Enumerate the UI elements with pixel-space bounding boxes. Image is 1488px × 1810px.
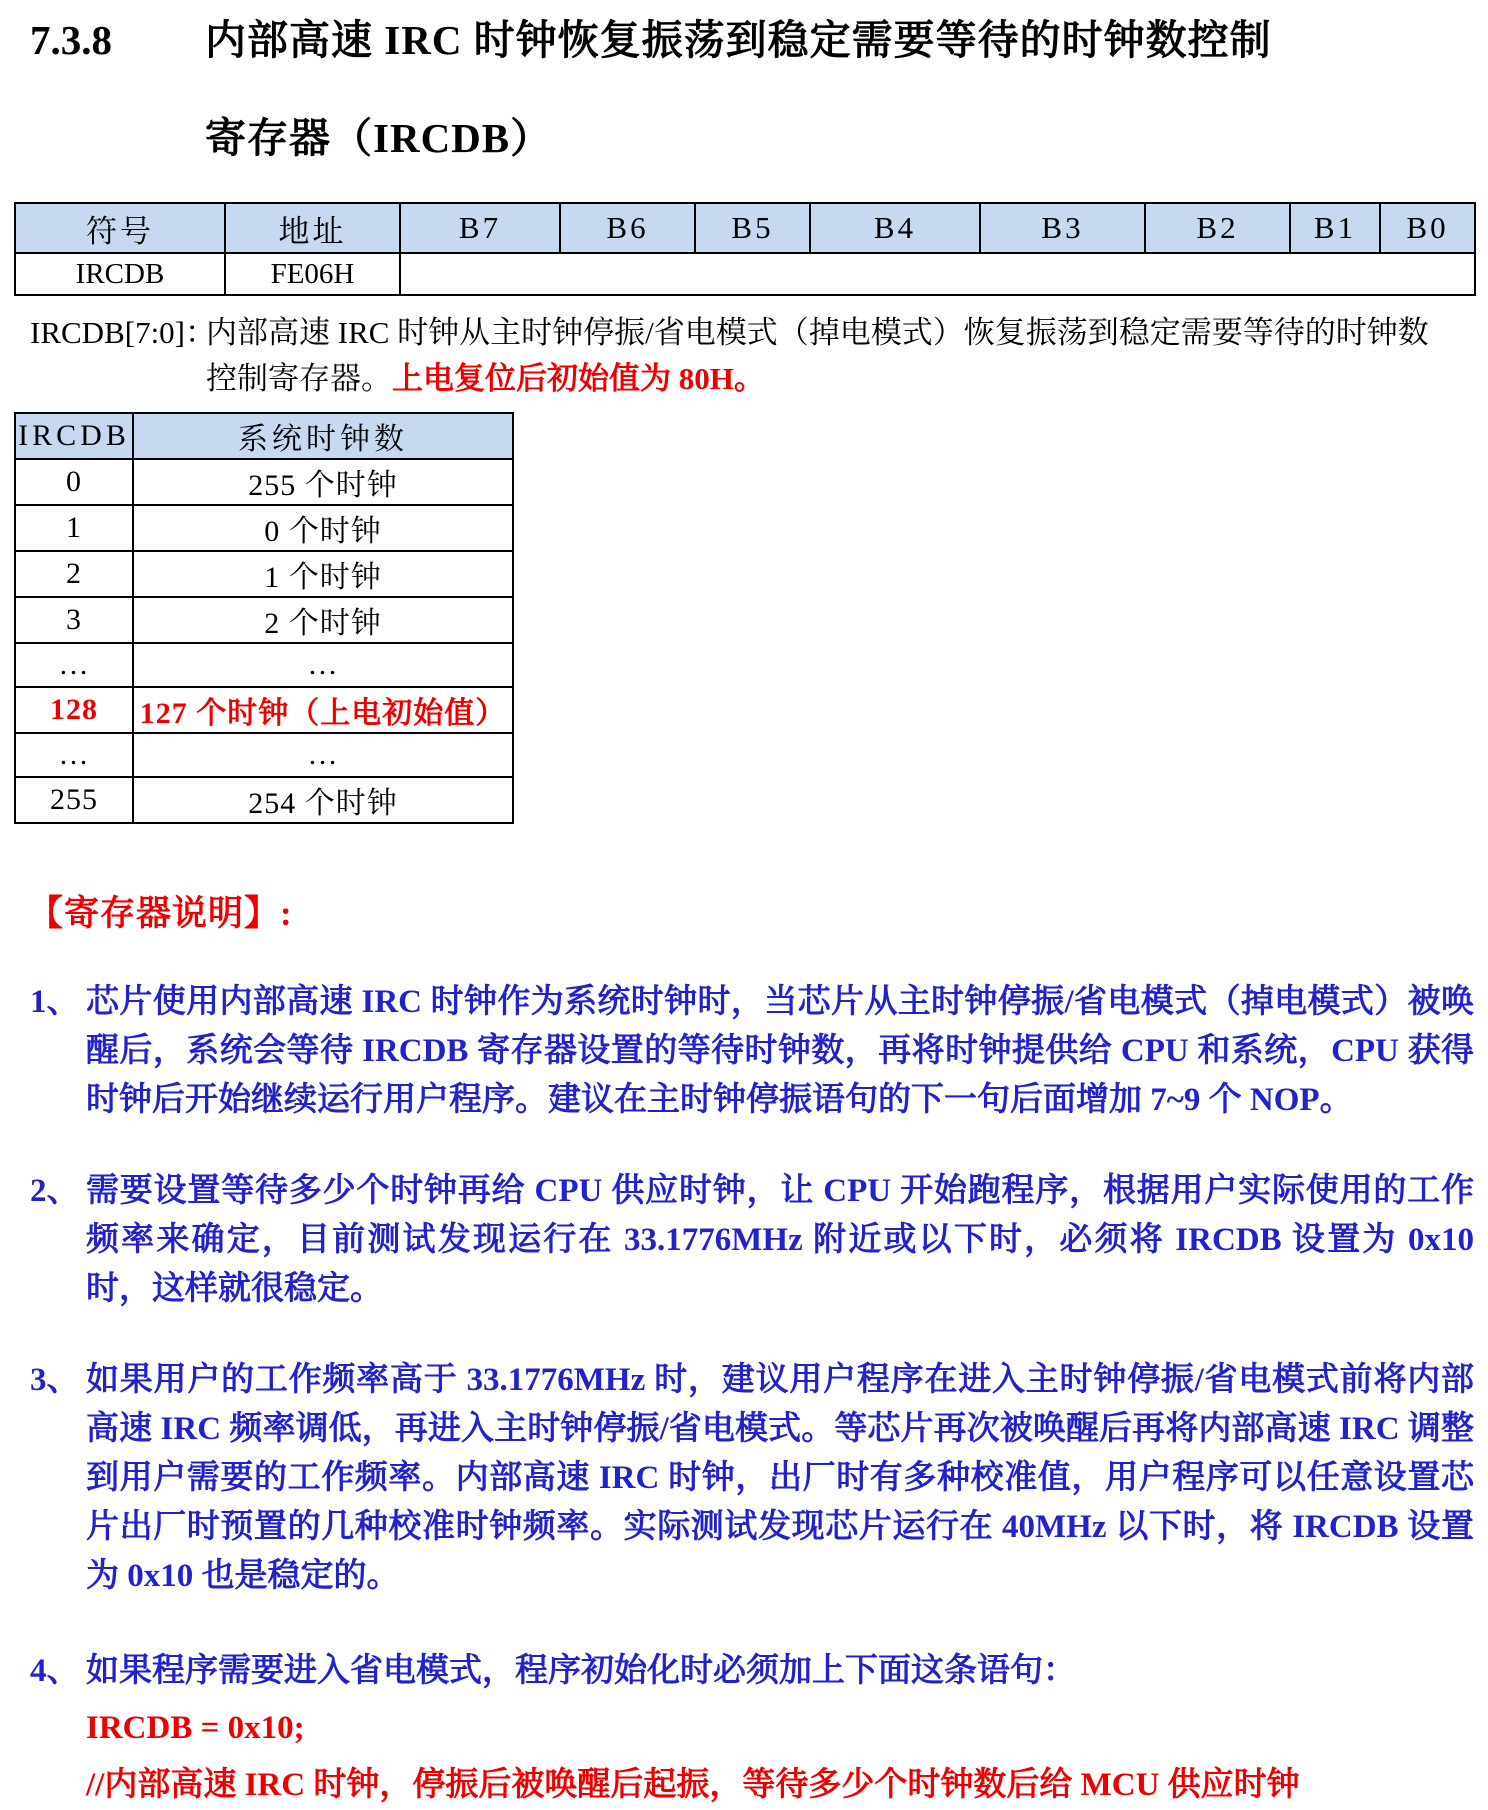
ircdb-value-cell: 1 (15, 505, 133, 551)
ircdb-value-cell: 3 (15, 597, 133, 643)
col-header-b3: B3 (980, 203, 1145, 253)
table-row-power-on-default: 128 127 个时钟（上电初始值） (15, 687, 513, 733)
col-header-b6: B6 (560, 203, 695, 253)
register-description: IRCDB[7:0]：内部高速 IRC 时钟从主时钟停振/省电模式（掉电模式）恢… (30, 310, 1458, 402)
note-number: 1、 (30, 978, 80, 1027)
table-row: … … (15, 643, 513, 687)
register-description-reset-value: 上电复位后初始值为 80H。 (392, 361, 765, 396)
clock-count-cell: … (133, 733, 513, 777)
note-item-1: 1、芯片使用内部高速 IRC 时钟作为系统时钟时，当芯片从主时钟停振/省电模式（… (16, 978, 1474, 1125)
register-symbol-cell: IRCDB (15, 253, 225, 295)
col-header-b5: B5 (695, 203, 810, 253)
register-table-header-row: 符号 地址 B7 B6 B5 B4 B3 B2 B1 B0 (15, 203, 1475, 253)
ircdb-value-cell: 2 (15, 551, 133, 597)
ircdb-value-cell: … (15, 733, 133, 777)
col-header-address: 地址 (225, 203, 400, 253)
register-description-label: IRCDB[7:0]： (30, 310, 216, 356)
table-row: 0 255 个时钟 (15, 459, 513, 505)
note-number: 4、 (30, 1647, 80, 1696)
ircdb-value-cell: 128 (15, 687, 133, 733)
note-number: 3、 (30, 1356, 80, 1405)
note-text: 需要设置等待多少个时钟再给 CPU 供应时钟，让 CPU 开始跑程序，根据用户实… (86, 1173, 1474, 1307)
register-bits-cell (400, 253, 1475, 295)
table-row: 1 0 个时钟 (15, 505, 513, 551)
col-header-b4: B4 (810, 203, 980, 253)
clock-count-cell: 1 个时钟 (133, 551, 513, 597)
register-notes-title: 【寄存器说明】: (28, 886, 1488, 936)
note-item-2: 2、需要设置等待多少个时钟再给 CPU 供应时钟，让 CPU 开始跑程序，根据用… (16, 1167, 1474, 1314)
clock-table-header-row: IRCDB 系统时钟数 (15, 413, 513, 459)
note-text: 如果程序需要进入省电模式，程序初始化时必须加上下面这条语句： (86, 1653, 1076, 1689)
table-row: … … (15, 733, 513, 777)
clock-col-header-count: 系统时钟数 (133, 413, 513, 459)
col-header-b0: B0 (1380, 203, 1475, 253)
col-header-b1: B1 (1290, 203, 1380, 253)
clock-count-cell: 2 个时钟 (133, 597, 513, 643)
col-header-b7: B7 (400, 203, 560, 253)
clock-count-cell: … (133, 643, 513, 687)
section-title-line1: 内部高速 IRC 时钟恢复振荡到稳定需要等待的时钟数控制 (205, 16, 1272, 65)
register-address-cell: FE06H (225, 253, 400, 295)
code-statement: IRCDB = 0x10; (86, 1704, 1474, 1753)
clock-count-cell: 255 个时钟 (133, 459, 513, 505)
clock-count-cell: 127 个时钟（上电初始值） (133, 687, 513, 733)
table-row: 2 1 个时钟 (15, 551, 513, 597)
register-table-value-row: IRCDB FE06H (15, 253, 1475, 295)
clock-count-cell: 0 个时钟 (133, 505, 513, 551)
section-heading: 7.3.8 内部高速 IRC 时钟恢复振荡到稳定需要等待的时钟数控制 (30, 16, 1488, 65)
note-text: 芯片使用内部高速 IRC 时钟作为系统时钟时，当芯片从主时钟停振/省电模式（掉电… (86, 984, 1474, 1118)
code-comment: //内部高速 IRC 时钟，停振后被唤醒后起振，等待多少个时钟数后给 MCU 供… (86, 1761, 1474, 1810)
col-header-b2: B2 (1145, 203, 1290, 253)
note-number: 2、 (30, 1167, 80, 1216)
ircdb-value-cell: … (15, 643, 133, 687)
register-layout-table: 符号 地址 B7 B6 B5 B4 B3 B2 B1 B0 IRCDB FE06… (14, 202, 1476, 296)
section-title-line2: 寄存器（IRCDB） (205, 105, 1488, 164)
col-header-symbol: 符号 (15, 203, 225, 253)
table-row: 255 254 个时钟 (15, 777, 513, 823)
register-description-text: 内部高速 IRC 时钟从主时钟停振/省电模式（掉电模式）恢复振荡到稳定需要等待的… (206, 315, 1429, 396)
note-text: 如果用户的工作频率高于 33.1776MHz 时，建议用户程序在进入主时钟停振/… (86, 1362, 1474, 1594)
section-number: 7.3.8 (30, 16, 205, 65)
ircdb-value-cell: 0 (15, 459, 133, 505)
table-row: 3 2 个时钟 (15, 597, 513, 643)
clock-count-cell: 254 个时钟 (133, 777, 513, 823)
note-item-4: 4、如果程序需要进入省电模式，程序初始化时必须加上下面这条语句： (16, 1647, 1474, 1696)
clock-count-table: IRCDB 系统时钟数 0 255 个时钟 1 0 个时钟 2 1 个时钟 3 … (14, 412, 514, 824)
note-item-3: 3、如果用户的工作频率高于 33.1776MHz 时，建议用户程序在进入主时钟停… (16, 1356, 1474, 1601)
clock-col-header-ircdb: IRCDB (15, 413, 133, 459)
ircdb-value-cell: 255 (15, 777, 133, 823)
